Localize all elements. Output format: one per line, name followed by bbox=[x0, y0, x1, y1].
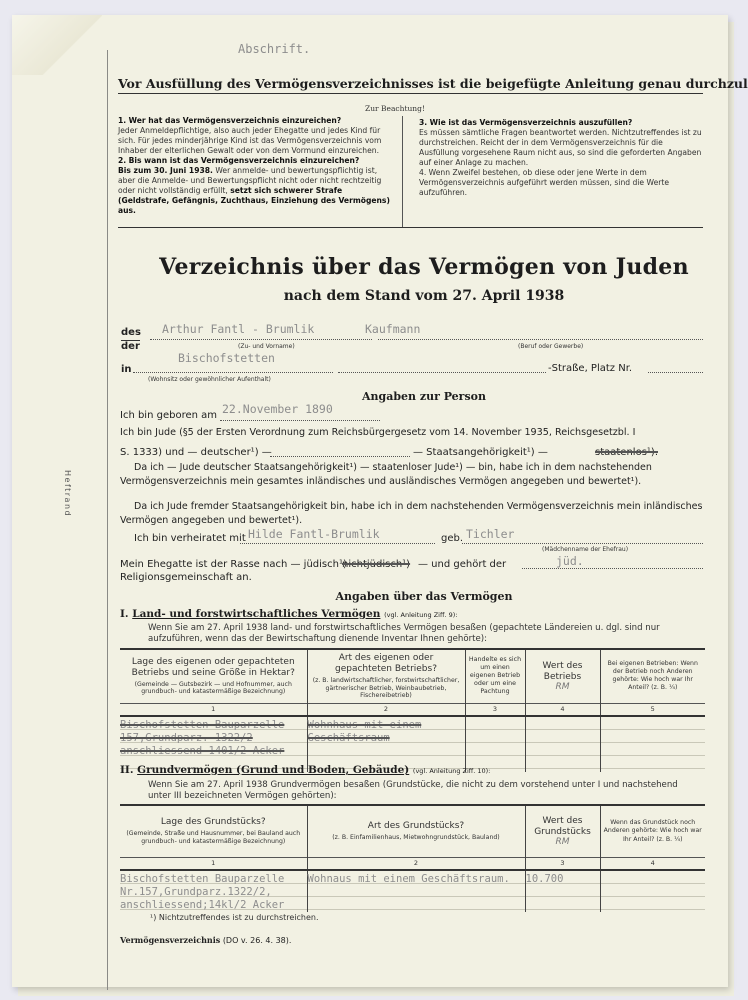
in-label: in bbox=[121, 364, 132, 375]
col-location: Lage des eigenen oder gepachteten Betrie… bbox=[120, 649, 307, 703]
name-caption: (Zu- und Vorname) bbox=[238, 343, 295, 350]
german-citizen-paragraph: Da ich — Jude deutscher Staatsangehörigk… bbox=[120, 461, 705, 489]
binding-margin-line bbox=[107, 50, 108, 990]
note-4: 4. Wenn Zweifel bestehen, ob diese oder … bbox=[419, 168, 703, 198]
residence-line bbox=[133, 372, 333, 373]
copy-mark: Abschrift. bbox=[238, 42, 310, 56]
folded-corner bbox=[12, 15, 102, 75]
document-title: Verzeichnis über das Vermögen von Juden bbox=[0, 254, 748, 280]
religion-label-a: — und gehört der bbox=[418, 559, 506, 570]
street-label: -Straße, Platz Nr. bbox=[548, 363, 632, 374]
instructions-warning: Vor Ausfüllung des Vermögensverzeichniss… bbox=[118, 76, 703, 94]
maiden-name-field[interactable]: Tichler bbox=[466, 527, 514, 541]
assets-section-heading: Angaben über das Vermögen bbox=[0, 590, 748, 603]
der-label: der bbox=[121, 340, 140, 352]
section-1-heading: I. Land- und forstwirtschaftliches Vermö… bbox=[120, 608, 457, 620]
person-section-heading: Angaben zur Person bbox=[0, 390, 748, 403]
property-location-cell[interactable]: Bischofstetten Bauparzelle Nr.157,Grundp… bbox=[120, 870, 307, 912]
footnote: ¹) Nichtzutreffendes ist zu durchstreich… bbox=[150, 913, 319, 922]
stateless-struck: staatenlos¹). bbox=[595, 447, 658, 458]
name-field[interactable]: Arthur Fantl - Brumlik bbox=[162, 322, 314, 336]
col-property-location: Lage des Grundstücks?(Gemeinde, Straße u… bbox=[120, 805, 307, 857]
religion-label-b: Religionsgemeinschaft an. bbox=[120, 572, 252, 583]
section-1-intro: Wenn Sie am 27. April 1938 land- und for… bbox=[148, 623, 703, 645]
col-property-share: Wenn das Grundstück noch Anderen gehörte… bbox=[600, 805, 705, 857]
maiden-name-line bbox=[462, 543, 703, 544]
margin-label: Heftrand bbox=[63, 470, 72, 517]
notice-column-left: 1. Wer hat das Vermögensverzeichnis einz… bbox=[118, 116, 403, 227]
occupation-caption: (Beruf oder Gewerbe) bbox=[518, 343, 583, 350]
married-label: Ich bin verheiratet mit bbox=[134, 533, 246, 544]
religion-line bbox=[522, 568, 703, 569]
spouse-line bbox=[240, 543, 435, 544]
agricultural-assets-table: Lage des eigenen oder gepachteten Betrie… bbox=[120, 648, 705, 772]
name-line bbox=[150, 339, 372, 340]
born-label: Ich bin geboren am bbox=[120, 410, 217, 421]
residence-field[interactable]: Bischofstetten bbox=[178, 351, 275, 365]
notice-column-right: 3. Wie ist das Vermögensverzeichnis ausz… bbox=[403, 116, 703, 227]
section-2-intro: Wenn Sie am 27. April 1938 Grundvermögen… bbox=[148, 780, 703, 802]
col-property-type: Art des Grundstücks?(z. B. Einfamilienha… bbox=[307, 805, 525, 857]
jew-declaration-line-2b: — Staatsangehörigkeit¹) — bbox=[413, 447, 548, 458]
foreign-citizen-paragraph: Da ich Jude fremder Staatsangehörigkeit … bbox=[120, 500, 705, 528]
value-cell[interactable] bbox=[525, 716, 600, 772]
col-share: Bei eigenen Betrieben: Wenn der Betrieb … bbox=[600, 649, 705, 703]
document-subtitle: nach dem Stand vom 27. April 1938 bbox=[0, 288, 748, 304]
jew-declaration-line-1: Ich bin Jude (§5 der Ersten Verordnung z… bbox=[120, 427, 710, 438]
col-value: Wert des BetriebsRM bbox=[525, 649, 600, 703]
share-cell[interactable] bbox=[600, 716, 705, 772]
table-row: Bischofstetten Bauparzelle Nr.157,Grundp… bbox=[120, 870, 705, 912]
form-identifier: Vermögensverzeichnis (DO v. 26. 4. 38). bbox=[120, 935, 291, 945]
birthdate-field[interactable]: 22.November 1890 bbox=[222, 402, 333, 416]
geb-label: geb. bbox=[441, 533, 463, 544]
property-share-cell[interactable] bbox=[600, 870, 705, 912]
real-estate-table: Lage des Grundstücks?(Gemeinde, Straße u… bbox=[120, 804, 705, 912]
occupation-field[interactable]: Kaufmann bbox=[365, 322, 420, 336]
property-value-cell[interactable]: 10.700 bbox=[525, 870, 600, 912]
street-number-line[interactable] bbox=[648, 372, 703, 373]
col-property-value: Wert des GrundstücksRM bbox=[525, 805, 600, 857]
residence-caption: (Wohnsitz oder gewöhnlicher Aufenthalt) bbox=[148, 376, 271, 383]
col-own-or-lease: Handelte es sich um einen eigenen Betrie… bbox=[465, 649, 525, 703]
notice-box: 1. Wer hat das Vermögensverzeichnis einz… bbox=[118, 116, 703, 228]
property-type-cell[interactable]: Wohnaus mit einem Geschäftsraum. bbox=[307, 870, 525, 912]
col-type: Art des eigenen oder gepachteten Betrieb… bbox=[307, 649, 465, 703]
non-jewish-struck: nichtjüdisch¹) bbox=[342, 559, 410, 570]
occupation-line bbox=[378, 339, 703, 340]
street-line[interactable] bbox=[338, 372, 546, 373]
note-3: 3. Wie ist das Vermögensverzeichnis ausz… bbox=[419, 118, 703, 168]
note-1: 1. Wer hat das Vermögensverzeichnis einz… bbox=[118, 116, 394, 156]
maiden-name-caption: (Mädchenname der Ehefrau) bbox=[542, 546, 628, 553]
des-label: des bbox=[121, 327, 141, 338]
citizenship-line[interactable] bbox=[270, 456, 410, 457]
notice-heading: Zur Beachtung! bbox=[365, 104, 425, 113]
section-2-heading: II. Grundvermögen (Grund und Boden, Gebä… bbox=[120, 764, 490, 776]
religion-field[interactable]: jüd. bbox=[556, 554, 584, 568]
birthdate-line bbox=[220, 420, 380, 421]
note-2: 2. Bis wann ist das Vermögensverzeichnis… bbox=[118, 156, 394, 216]
jew-declaration-line-2a: S. 1333) und — deutscher¹) — bbox=[120, 447, 272, 458]
race-label: Mein Ehegatte ist der Rasse nach — jüdis… bbox=[120, 559, 360, 570]
spouse-field[interactable]: Hilde Fantl-Brumlik bbox=[248, 527, 380, 541]
